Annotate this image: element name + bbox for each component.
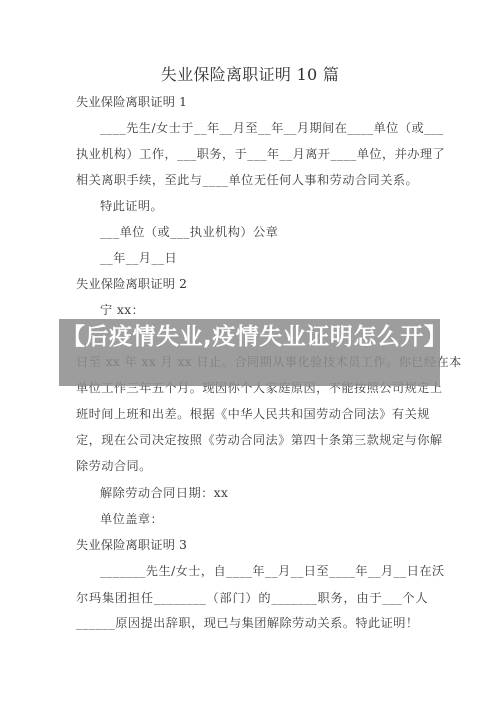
banner-title[interactable]: 【后疫情失业,疫情失业证明怎么开】 bbox=[62, 322, 438, 352]
paragraph-line: 执业机构）工作，___职务，于___年__月离开____单位，并办理了 bbox=[76, 146, 428, 162]
paragraph-line: 单位盖章： bbox=[100, 511, 428, 527]
paragraph-line: 班时间上班和出差。根据《中华人民共和国劳动合同法》有关规 bbox=[76, 406, 428, 422]
document-page: 失业保险离职证明 10 篇 失业保险离职证明 1____先生/女士于__年__月… bbox=[0, 0, 500, 706]
paragraph-line: 除劳动合同。 bbox=[76, 458, 428, 474]
paragraph-line: _______先生/女士，自____年__月__日至____年__月__日在沃 bbox=[100, 563, 428, 579]
section-heading: 失业保险离职证明 2 bbox=[76, 276, 428, 292]
paragraph-line: 定，现在公司决定按照《劳动合同法》第四十条第三款规定与你解 bbox=[76, 432, 428, 448]
paragraph-line: 尔玛集团担任________（部门）的_______职务，由于___个人 bbox=[76, 590, 428, 606]
paragraph-line: __年__月__日 bbox=[100, 250, 428, 266]
paragraph-line: 特此证明。 bbox=[100, 198, 428, 214]
section-heading: 失业保险离职证明 1 bbox=[76, 94, 428, 110]
paragraph-line: ___单位（或___执业机构）公章 bbox=[100, 224, 428, 240]
paragraph-line: 相关离职手续，至此与____单位无任何人事和劳动合同关系。 bbox=[76, 172, 428, 188]
paragraph-line: 宁 xx： bbox=[100, 302, 428, 318]
paragraph-line: ____先生/女士于__年__月至__年__月期间在____单位（或___ bbox=[100, 120, 428, 136]
section-heading: 失业保险离职证明 3 bbox=[76, 537, 428, 553]
paragraph-line: ______原因提出辞职，现已与集团解除劳动关系。特此证明！ bbox=[76, 615, 428, 631]
paragraph-line: 解除劳动合同日期：xx bbox=[100, 485, 428, 501]
document-title: 失业保险离职证明 10 篇 bbox=[0, 64, 500, 86]
